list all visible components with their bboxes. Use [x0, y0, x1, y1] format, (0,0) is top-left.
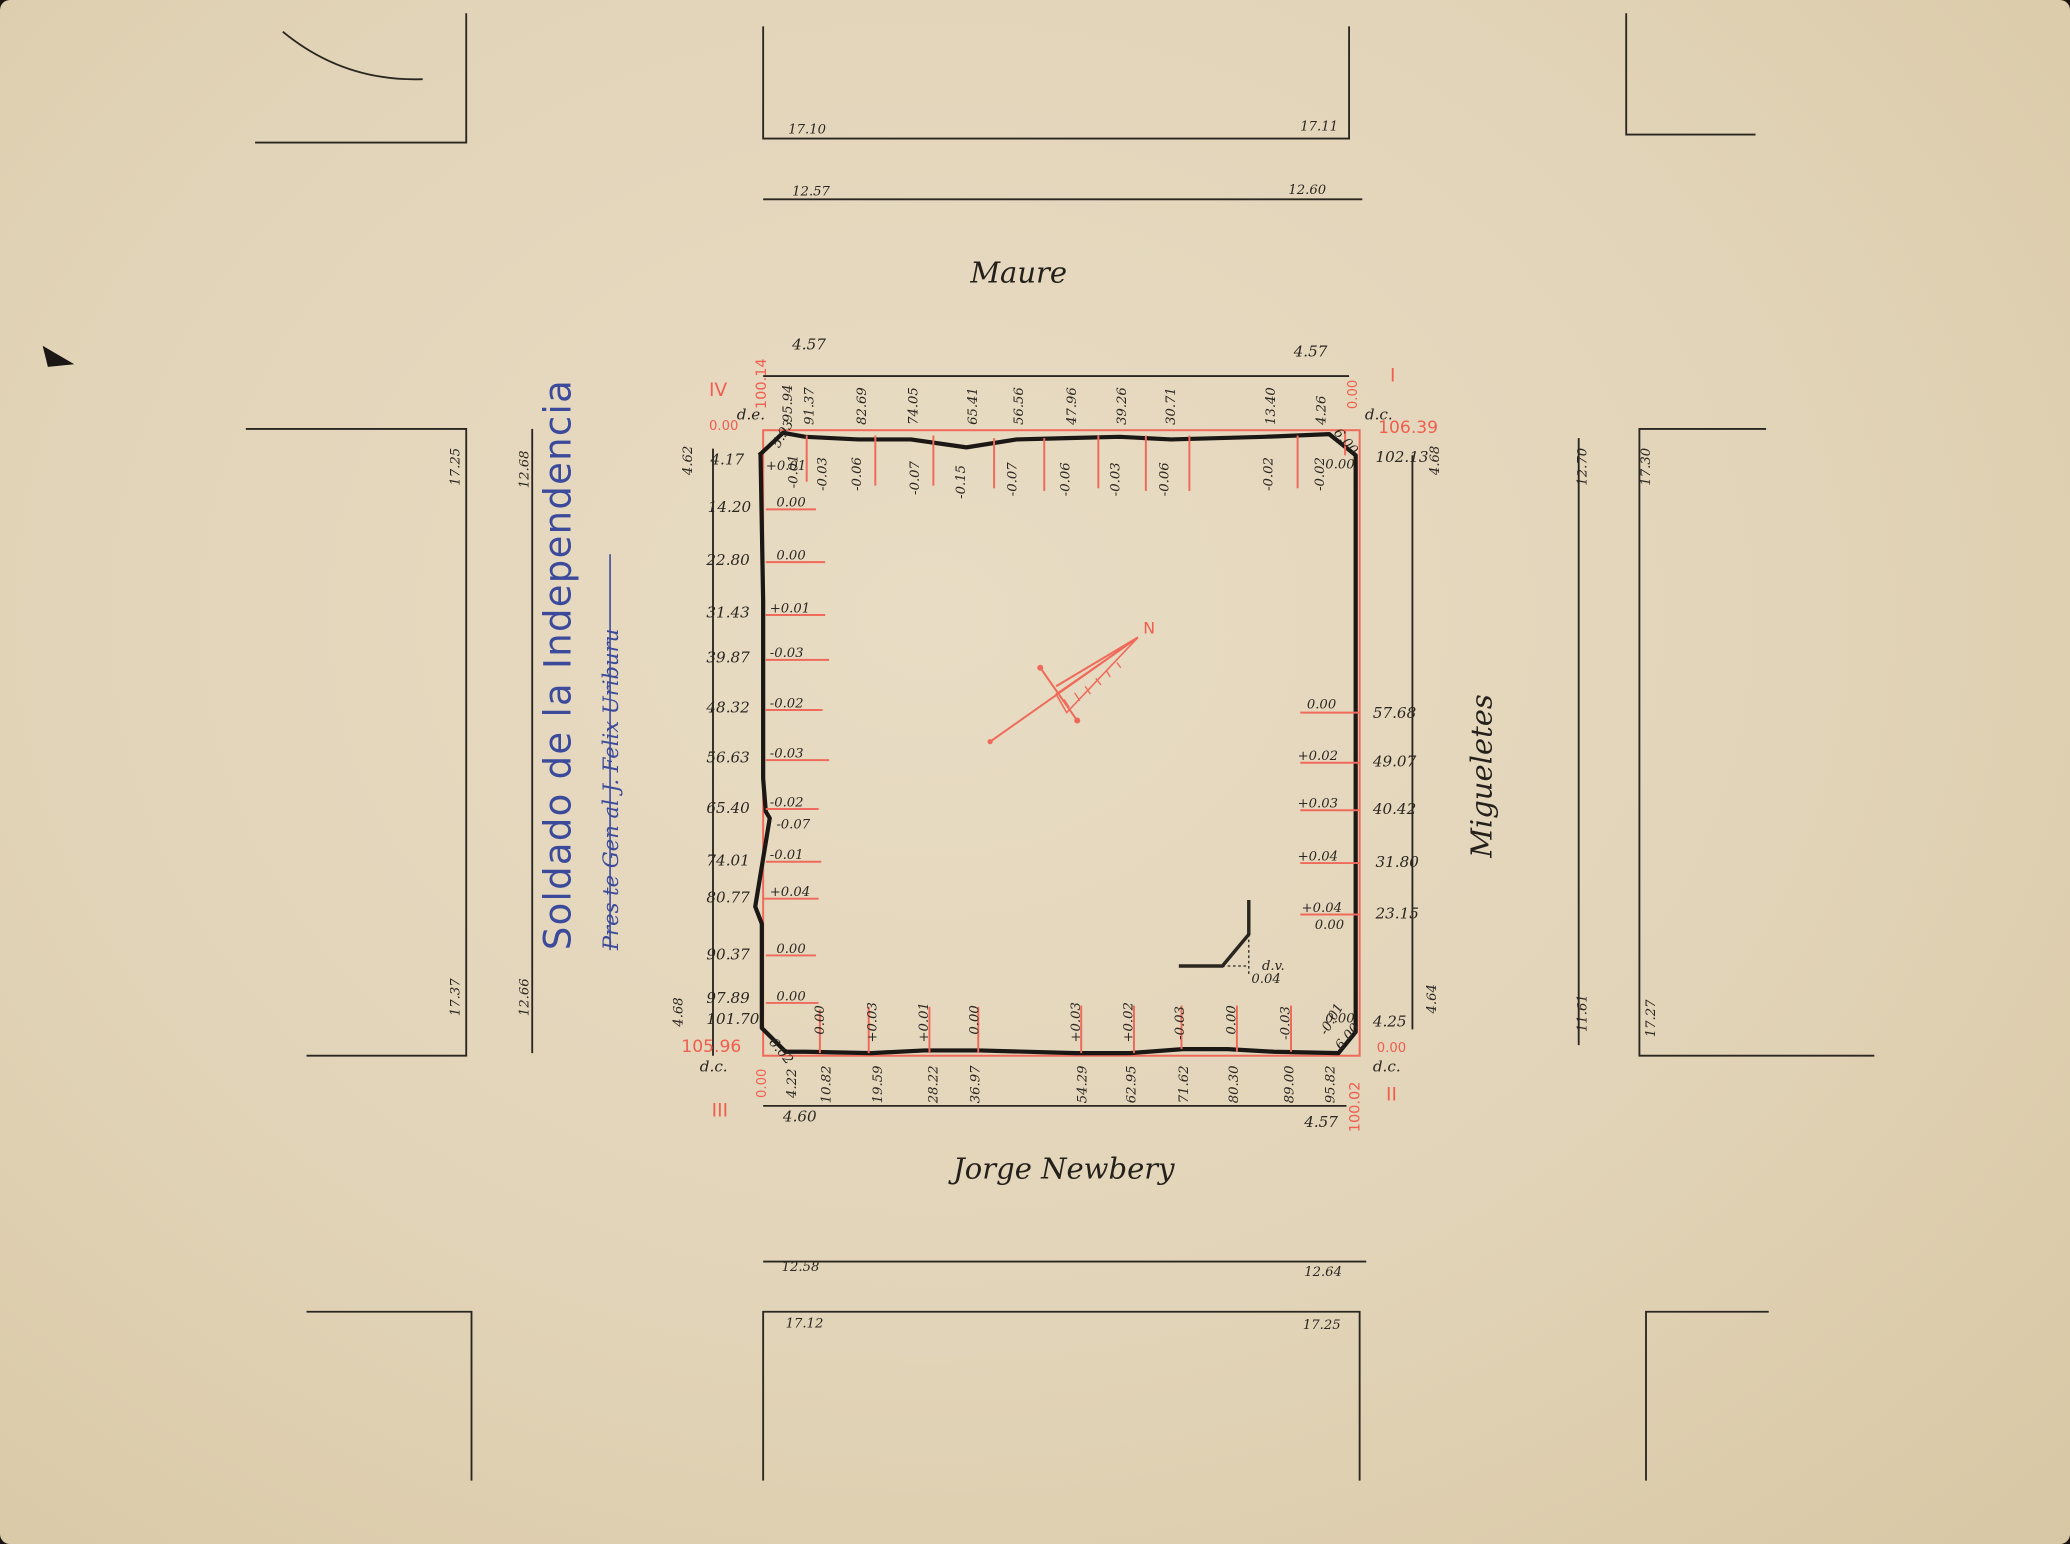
svg-text:4.57: 4.57 [1303, 1113, 1338, 1131]
south-offsets: 0.00 +0.03 +0.01 0.00 +0.03 +0.02 -0.03 … [765, 1001, 1363, 1067]
svg-text:-0.02: -0.02 [770, 795, 804, 810]
svg-text:91.37: 91.37 [802, 387, 817, 425]
svg-text:22.80: 22.80 [705, 551, 750, 569]
svg-text:-0.06: -0.06 [850, 457, 865, 491]
svg-text:4.22: 4.22 [785, 1069, 800, 1099]
svg-text:65.40: 65.40 [706, 799, 750, 817]
svg-text:d.e.: d.e. [737, 406, 765, 424]
svg-text:12.60: 12.60 [1288, 183, 1326, 198]
ink-blot [43, 346, 75, 367]
svg-text:40.42: 40.42 [1372, 800, 1416, 818]
svg-text:49.07: 49.07 [1372, 753, 1417, 771]
svg-text:106.39: 106.39 [1378, 418, 1438, 438]
west-chainage: 4.17 14.20 22.80 31.43 39.87 48.32 56.63… [672, 446, 760, 1028]
svg-text:+0.01: +0.01 [766, 459, 806, 474]
svg-text:80.30: 80.30 [1227, 1065, 1242, 1103]
svg-text:-0.07: -0.07 [908, 460, 923, 494]
svg-text:0.04: 0.04 [1251, 972, 1280, 987]
svg-text:101.70: 101.70 [706, 1010, 759, 1028]
svg-text:47.96: 47.96 [1065, 387, 1080, 426]
svg-text:+0.03: +0.03 [1298, 797, 1338, 812]
svg-text:10.82: 10.82 [819, 1065, 834, 1103]
svg-text:48.32: 48.32 [705, 699, 749, 717]
svg-text:d.c.: d.c. [700, 1058, 728, 1076]
svg-text:+0.02: +0.02 [1122, 1002, 1137, 1042]
svg-text:13.40: 13.40 [1264, 387, 1279, 425]
svg-text:-0.03: -0.03 [1173, 1006, 1188, 1040]
svg-text:0.00: 0.00 [1346, 380, 1361, 409]
svg-text:95.82: 95.82 [1324, 1065, 1339, 1103]
svg-text:4.60: 4.60 [782, 1108, 817, 1126]
svg-text:-0.03: -0.03 [1108, 462, 1123, 496]
svg-text:62.95: 62.95 [1124, 1065, 1139, 1103]
survey-sheet: 17.10 17.11 12.57 12.60 12.58 12.64 17.1… [0, 0, 2070, 1544]
svg-text:57.68: 57.68 [1373, 704, 1417, 722]
svg-text:12.70: 12.70 [1576, 448, 1591, 486]
svg-text:0.00: 0.00 [967, 1005, 982, 1034]
svg-text:IV: IV [709, 380, 727, 401]
svg-text:-0.06: -0.06 [1058, 462, 1073, 496]
svg-text:0.00: 0.00 [776, 989, 805, 1004]
svg-text:12.68: 12.68 [517, 451, 532, 489]
svg-text:4.25: 4.25 [1372, 1013, 1407, 1031]
svg-text:-0.03: -0.03 [770, 746, 804, 761]
svg-text:-0.07: -0.07 [1006, 462, 1021, 496]
svg-text:III: III [712, 1100, 728, 1121]
street-name-south: Jorge Newbery [948, 1151, 1175, 1185]
svg-text:+0.02: +0.02 [1298, 749, 1338, 764]
svg-text:105.96: 105.96 [681, 1037, 741, 1057]
inner-corner-mark: d.v. 0.04 [1179, 900, 1285, 987]
svg-text:19.59: 19.59 [871, 1065, 886, 1103]
svg-text:+0.01: +0.01 [770, 601, 810, 616]
svg-text:II: II [1386, 1085, 1397, 1106]
svg-text:+0.01: +0.01 [917, 1002, 932, 1042]
svg-text:95.94: 95.94 [781, 385, 796, 423]
svg-text:12.66: 12.66 [517, 978, 532, 1016]
svg-text:12.58: 12.58 [782, 1260, 820, 1275]
svg-text:0.00: 0.00 [776, 942, 805, 957]
svg-text:6.02: 6.02 [765, 1035, 795, 1067]
svg-text:74.05: 74.05 [907, 387, 922, 425]
svg-text:56.63: 56.63 [706, 749, 749, 767]
east-chainage: 102.13 57.68 49.07 40.42 31.80 23.15 4.2… [1372, 446, 1443, 1031]
svg-text:0.00: 0.00 [813, 1005, 828, 1034]
svg-text:4.26: 4.26 [1314, 396, 1329, 426]
svg-text:+0.04: +0.04 [1298, 849, 1338, 864]
svg-text:36.97: 36.97 [969, 1065, 984, 1103]
svg-text:-0.06: -0.06 [1157, 462, 1172, 496]
surrounding-blocks [246, 13, 1874, 1480]
svg-text:31.80: 31.80 [1375, 853, 1419, 871]
svg-text:100.02: 100.02 [1348, 1082, 1364, 1133]
svg-text:I: I [1390, 365, 1395, 386]
svg-text:31.43: 31.43 [706, 604, 749, 622]
street-name-north: Maure [969, 255, 1067, 289]
svg-text:0.00: 0.00 [1307, 698, 1336, 713]
svg-text:17.25: 17.25 [449, 448, 464, 486]
svg-text:+0.03: +0.03 [866, 1002, 881, 1042]
street-name-east: Migueletes [1465, 694, 1499, 859]
svg-text:-0.03: -0.03 [770, 646, 804, 661]
svg-text:+0.04: +0.04 [1302, 901, 1342, 916]
svg-text:0.00: 0.00 [776, 496, 805, 511]
svg-text:56.56: 56.56 [1012, 387, 1027, 425]
svg-text:54.29: 54.29 [1075, 1065, 1090, 1103]
svg-text:11.61: 11.61 [1576, 994, 1591, 1032]
svg-text:12.57: 12.57 [792, 184, 830, 199]
svg-text:28.22: 28.22 [926, 1065, 941, 1104]
west-offsets: 0.00 0.00 +0.01 -0.03 -0.02 -0.03 -0.02 … [763, 496, 829, 1005]
svg-text:39.87: 39.87 [706, 648, 750, 666]
svg-text:+0.04: +0.04 [770, 885, 810, 900]
svg-text:89.00: 89.00 [1283, 1065, 1298, 1103]
svg-text:102.13: 102.13 [1375, 448, 1428, 466]
svg-text:23.15: 23.15 [1374, 904, 1418, 922]
north-arrow-icon: N [987, 618, 1155, 744]
svg-text:-0.07: -0.07 [776, 818, 810, 833]
north-chainage: 95.94 91.37 82.69 74.05 65.41 56.56 47.9… [781, 336, 1329, 426]
svg-text:17.12: 17.12 [786, 1317, 824, 1332]
svg-text:17.30: 17.30 [1639, 448, 1654, 486]
svg-text:-0.03: -0.03 [1279, 1006, 1294, 1040]
svg-text:30.71: 30.71 [1164, 387, 1179, 425]
svg-text:4.57: 4.57 [1293, 342, 1328, 360]
svg-text:+0.03: +0.03 [1069, 1002, 1084, 1042]
svg-text:d.c.: d.c. [1373, 1058, 1401, 1076]
svg-text:4.68: 4.68 [1428, 446, 1443, 476]
svg-text:80.77: 80.77 [706, 889, 750, 907]
svg-text:-0.02: -0.02 [1262, 457, 1277, 491]
svg-text:-0.03: -0.03 [815, 457, 830, 491]
svg-text:4.62: 4.62 [681, 446, 696, 476]
svg-text:17.25: 17.25 [1303, 1318, 1341, 1333]
svg-text:17.37: 17.37 [449, 978, 464, 1016]
east-offsets: 0.00 +0.02 +0.03 +0.04 +0.04 0.00 [1298, 698, 1360, 933]
svg-text:4.57: 4.57 [791, 336, 826, 354]
svg-text:N: N [1143, 618, 1155, 637]
svg-text:100.14: 100.14 [754, 358, 770, 409]
svg-text:-0.15: -0.15 [954, 465, 969, 499]
document-title: Soldado de la Independencia [536, 379, 579, 950]
svg-text:0.00: 0.00 [1315, 918, 1344, 933]
survey-plan-drawing: 17.10 17.11 12.57 12.60 12.58 12.64 17.1… [0, 0, 2070, 1544]
svg-text:0.00: 0.00 [1377, 1041, 1406, 1056]
svg-text:17.27: 17.27 [1644, 999, 1659, 1037]
struck-subtitle: Pres te Gen al J. Felix Uriburu [598, 554, 623, 951]
south-chainage: 4.22 10.82 19.59 28.22 36.97 54.29 62.95… [782, 1065, 1339, 1131]
svg-text:17.11: 17.11 [1300, 120, 1338, 135]
svg-text:97.89: 97.89 [706, 989, 750, 1007]
svg-text:74.01: 74.01 [706, 852, 749, 870]
svg-text:39.26: 39.26 [1115, 387, 1130, 425]
svg-text:4.64: 4.64 [1425, 984, 1440, 1014]
svg-text:-0.02: -0.02 [770, 696, 804, 711]
svg-text:0.00: 0.00 [776, 549, 805, 564]
svg-text:12.64: 12.64 [1304, 1265, 1342, 1280]
svg-text:71.62: 71.62 [1177, 1065, 1192, 1103]
svg-text:90.37: 90.37 [706, 945, 750, 963]
svg-text:0.00: 0.00 [1325, 457, 1354, 472]
svg-text:82.69: 82.69 [855, 387, 870, 425]
svg-text:0.00: 0.00 [1225, 1005, 1240, 1034]
svg-text:65.41: 65.41 [966, 387, 981, 425]
svg-text:4.68: 4.68 [672, 997, 687, 1027]
svg-text:14.20: 14.20 [708, 498, 752, 516]
svg-text:4.17: 4.17 [709, 451, 744, 469]
svg-text:-0.01: -0.01 [770, 848, 804, 863]
svg-text:17.10: 17.10 [788, 122, 826, 137]
svg-text:0.00: 0.00 [709, 419, 738, 434]
svg-text:0.00: 0.00 [755, 1069, 770, 1098]
